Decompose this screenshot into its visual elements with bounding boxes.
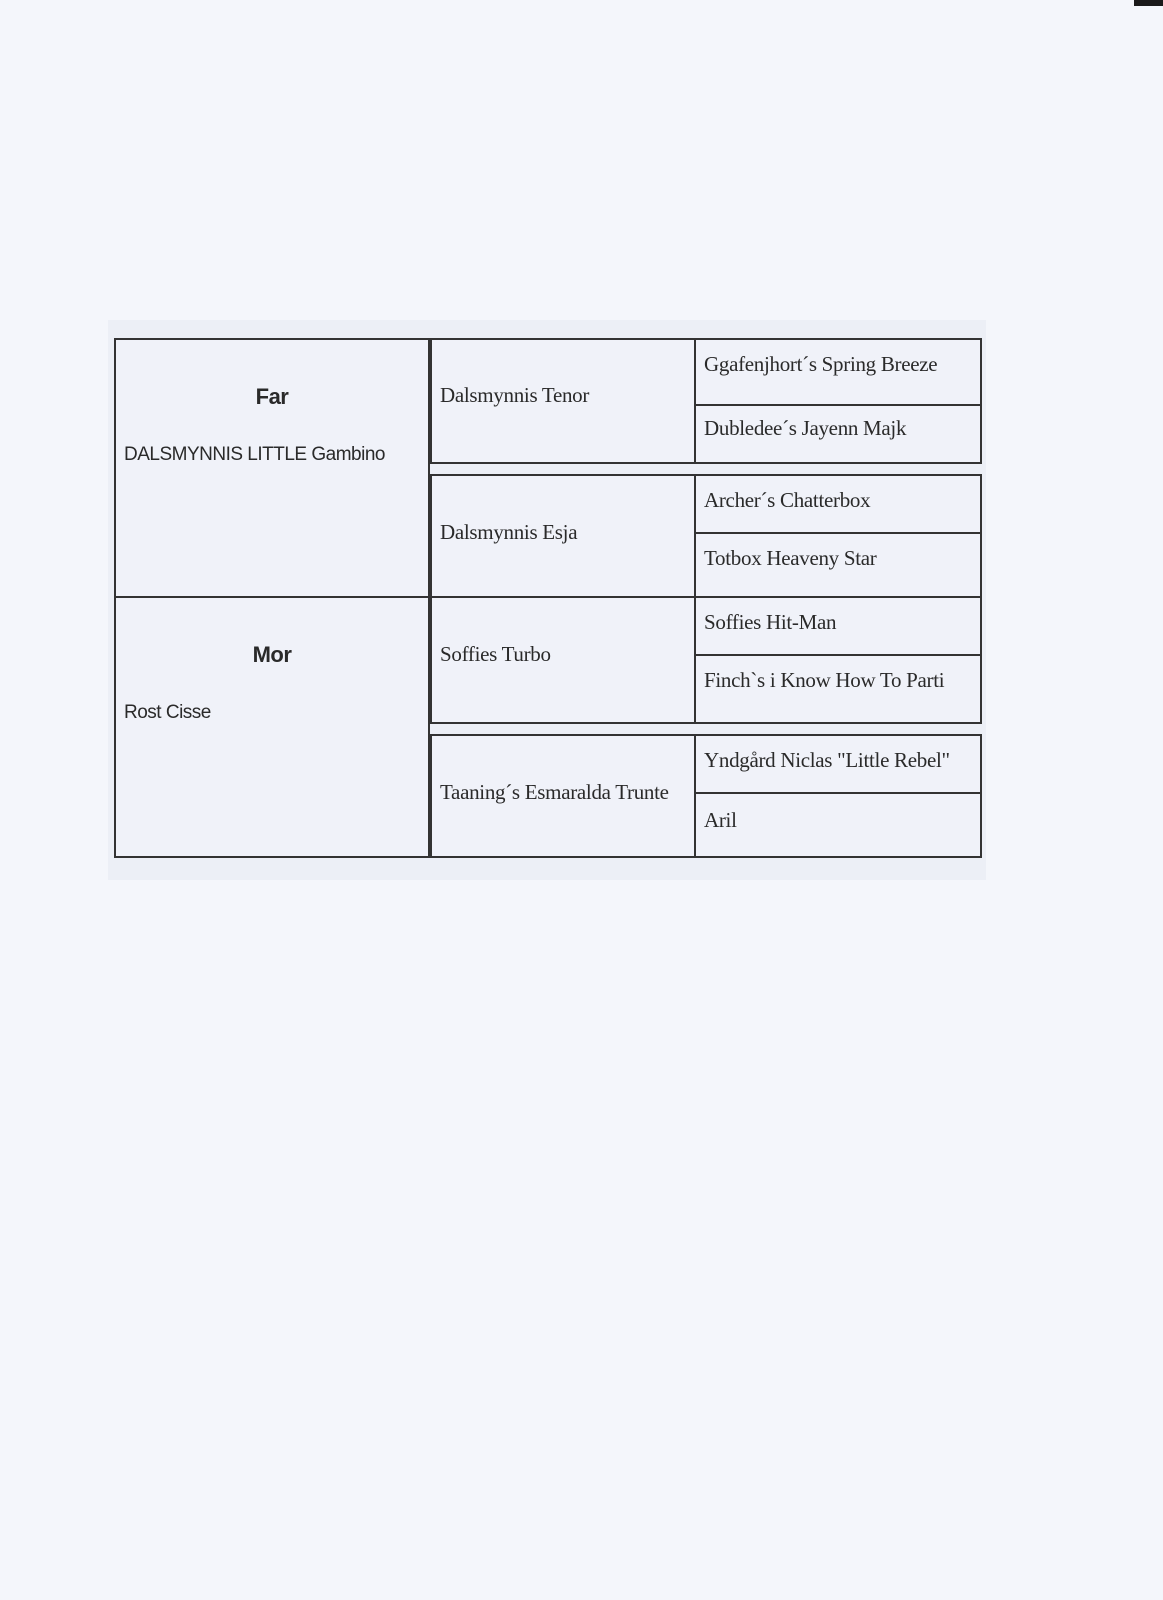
dam-sire-cell: Soffies Turbo bbox=[430, 596, 696, 724]
sire-sire-cell: Dalsmynnis Tenor bbox=[430, 338, 696, 464]
sire-dam-cell: Dalsmynnis Esja bbox=[430, 474, 696, 598]
ggp-name: Yndgård Niclas "Little Rebel" bbox=[704, 748, 950, 773]
ggp-name: Archer´s Chatterbox bbox=[704, 488, 870, 513]
ggp-cell: Ggafenjhort´s Spring Breeze bbox=[694, 338, 982, 406]
ggp-cell: Archer´s Chatterbox bbox=[694, 474, 982, 534]
ggp-cell: Yndgård Niclas "Little Rebel" bbox=[694, 734, 982, 794]
sire-sire-name: Dalsmynnis Tenor bbox=[440, 383, 589, 408]
sire-label: Far bbox=[116, 384, 428, 410]
scan-edge-mark bbox=[1134, 0, 1163, 6]
ggp-cell: Totbox Heaveny Star bbox=[694, 532, 982, 598]
dam-name: Rost Cisse bbox=[124, 702, 211, 724]
ggp-name: Finch`s i Know How To Parti bbox=[704, 668, 944, 693]
dam-sire-name: Soffies Turbo bbox=[440, 642, 551, 667]
sire-cell: Far DALSMYNNIS LITTLE Gambino bbox=[114, 338, 430, 598]
ggp-name: Soffies Hit-Man bbox=[704, 610, 836, 635]
dam-label: Mor bbox=[116, 642, 428, 668]
ggp-name: Dubledee´s Jayenn Majk bbox=[704, 416, 906, 441]
ggp-cell: Dubledee´s Jayenn Majk bbox=[694, 404, 982, 464]
ggp-cell: Aril bbox=[694, 792, 982, 858]
sire-dam-name: Dalsmynnis Esja bbox=[440, 520, 577, 545]
ggp-cell: Finch`s i Know How To Parti bbox=[694, 654, 982, 724]
dam-dam-name: Taaning´s Esmaralda Trunte bbox=[440, 780, 669, 805]
dam-dam-cell: Taaning´s Esmaralda Trunte bbox=[430, 734, 696, 858]
sire-name: DALSMYNNIS LITTLE Gambino bbox=[124, 444, 385, 466]
dam-cell: Mor Rost Cisse bbox=[114, 596, 430, 858]
ggp-name: Ggafenjhort´s Spring Breeze bbox=[704, 352, 937, 377]
ggp-name: Aril bbox=[704, 808, 737, 833]
ggp-cell: Soffies Hit-Man bbox=[694, 596, 982, 656]
ggp-name: Totbox Heaveny Star bbox=[704, 546, 876, 571]
